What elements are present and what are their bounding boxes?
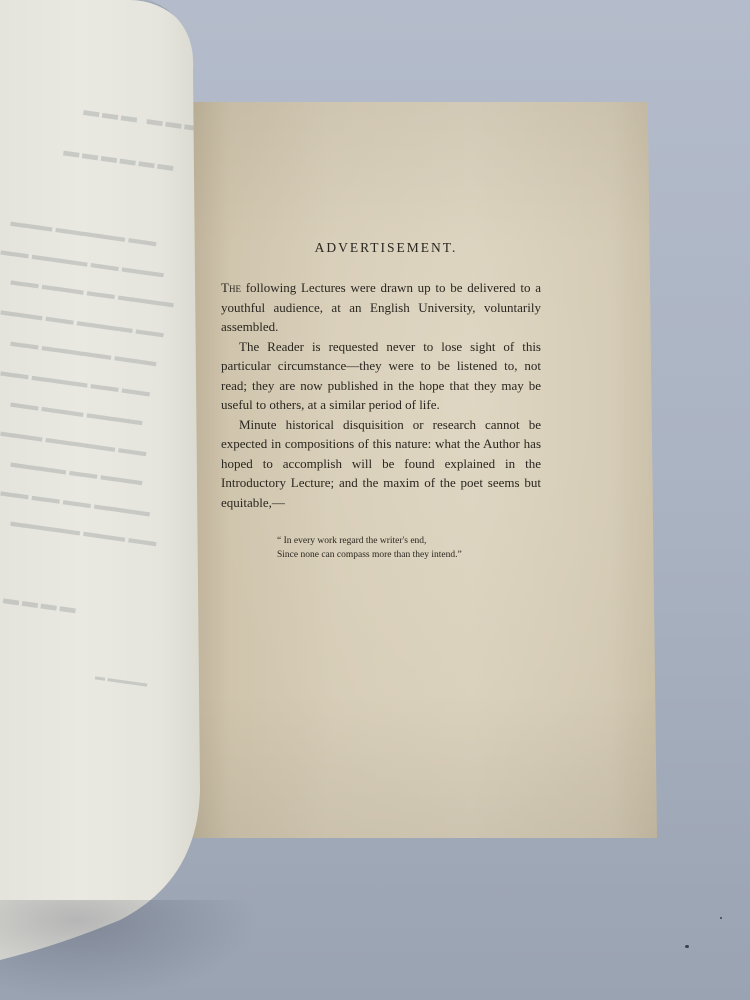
- page-text-block: ADVERTISEMENT. The following Lectures we…: [221, 240, 541, 562]
- bleed-through-line: ▬▬▬ ▬▬▬▬▬ ▬▬: [10, 335, 158, 371]
- verse-line-2: Since none can compass more than they in…: [277, 548, 541, 562]
- paragraph-2: The Reader is requested never to lose si…: [221, 337, 541, 415]
- right-book-page: ADVERTISEMENT. The following Lectures we…: [193, 102, 657, 838]
- bleed-through-line: ▬▬▬ ▬▬ ▬▬▬▬: [10, 456, 144, 490]
- bleed-through-heading-2: ▬▬▬▬▬▬: [59, 142, 174, 176]
- bleed-through-line: ▬▬ ▬▬ ▬▬▬▬ ▬▬: [0, 365, 151, 402]
- paragraph-1: The following Lectures were drawn up to …: [221, 278, 541, 337]
- dust-speck: [685, 945, 689, 948]
- bleed-through-small: ▬▬▬▬ ▬: [94, 671, 148, 689]
- page-shadow: [0, 900, 260, 1000]
- bleed-through-line: ▬▬ ▬▬▬▬▬ ▬▬▬: [10, 215, 158, 251]
- paragraph-1-lead: The: [221, 280, 241, 295]
- paragraph-1-text: following Lectures were drawn up to be d…: [221, 280, 541, 334]
- bleed-through-line: ▬▬ ▬▬▬ ▬▬▬▬▬: [10, 515, 158, 551]
- page-title: ADVERTISEMENT.: [221, 240, 541, 256]
- bleed-through-heading: ▬▬▬ ▬▬▬: [79, 102, 201, 137]
- bleed-through-line: ▬▬▬▬ ▬▬▬ ▬▬: [10, 396, 144, 430]
- left-book-page-curved: ▬▬▬ ▬▬▬ ▬▬▬▬▬▬ ▬▬ ▬▬▬▬▬ ▬▬▬ ▬▬▬ ▬▬ ▬▬▬▬ …: [0, 0, 200, 960]
- dust-speck: [720, 917, 722, 919]
- paragraph-3: Minute historical disquisition or resear…: [221, 415, 541, 513]
- bleed-through-signature: ▬▬▬▬: [0, 590, 77, 618]
- bleed-through-line: ▬▬ ▬▬▬▬▬ ▬▬▬: [0, 425, 147, 461]
- verse-quote: “ In every work regard the writer's end,…: [277, 534, 541, 562]
- photo-scene: ADVERTISEMENT. The following Lectures we…: [0, 0, 750, 1000]
- verse-line-1: “ In every work regard the writer's end,: [277, 534, 541, 548]
